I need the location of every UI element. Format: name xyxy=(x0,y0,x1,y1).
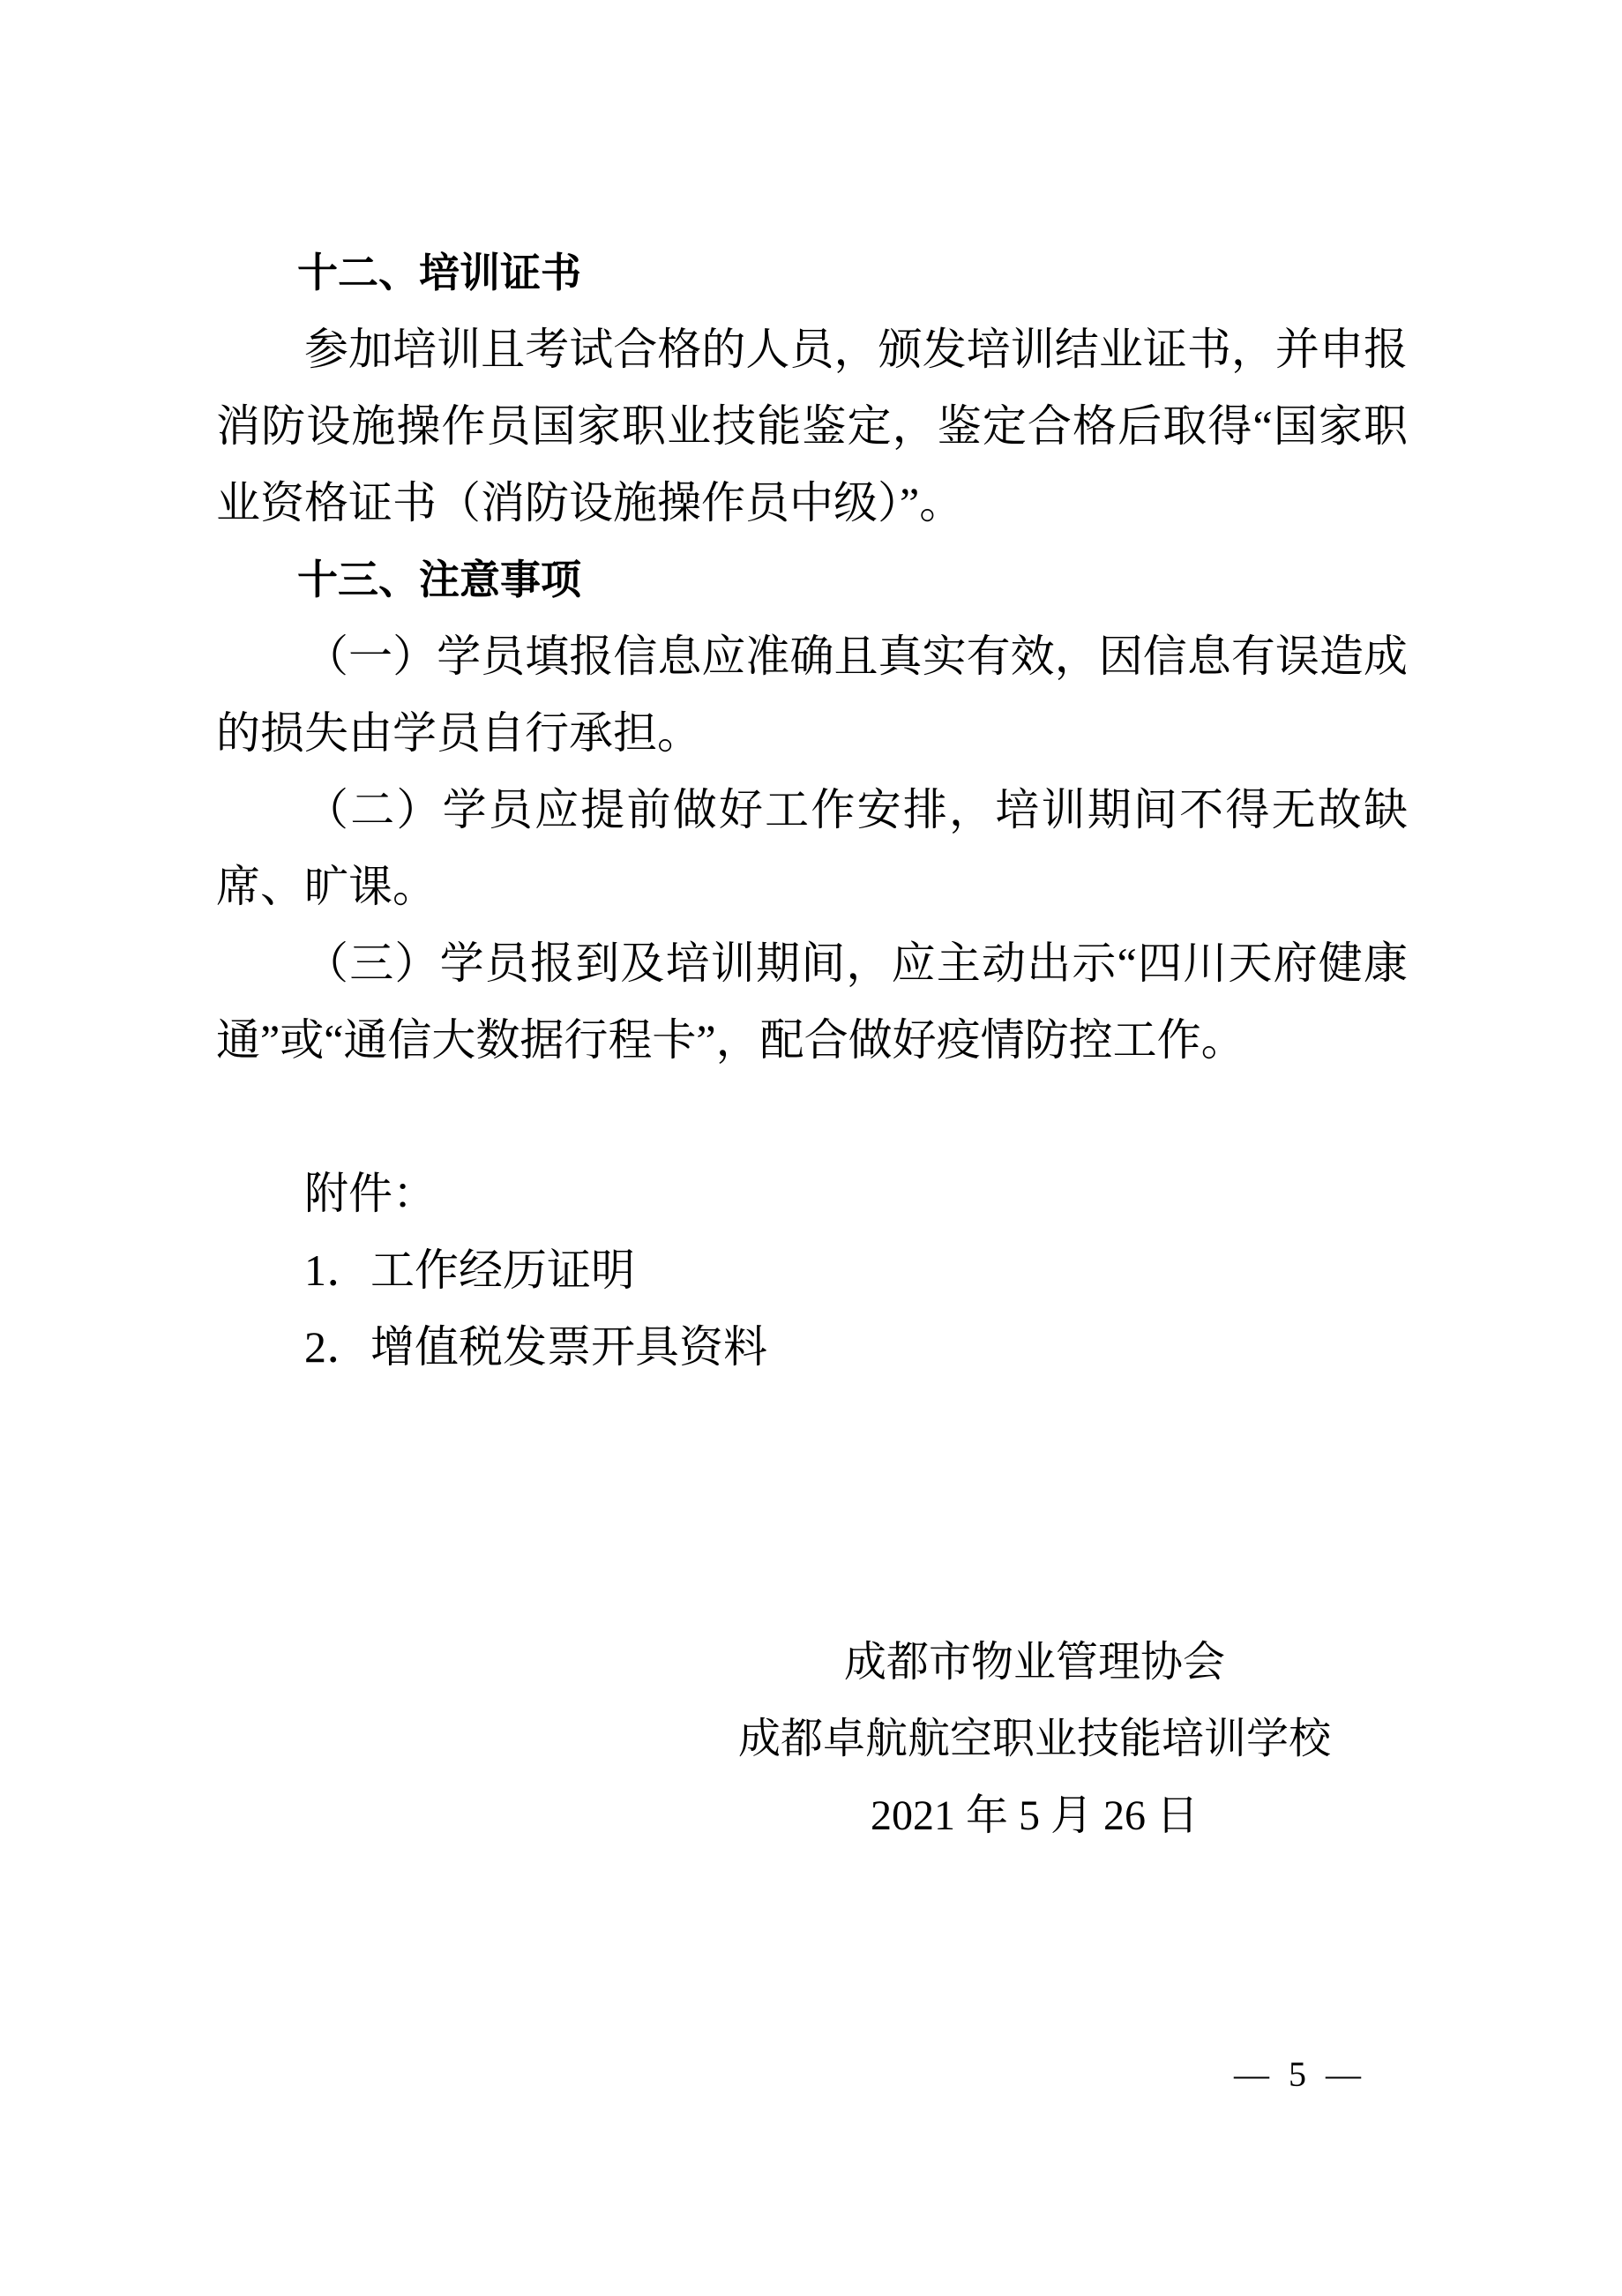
signature-org-2: 成都卓航航空职业技能培训学校 xyxy=(738,1701,1331,1777)
section-13-item-1: （一）学员填报信息应准确且真实有效，因信息有误造成的损失由学员自行承担。 xyxy=(216,618,1408,772)
document-page: 十二、培训证书 参加培训且考试合格的人员，颁发培训结业证书，并申报消防设施操作员… xyxy=(0,0,1622,2296)
attachments-block: 附件： 1．工作经历证明 2．增值税发票开具资料 xyxy=(216,1155,1408,1386)
section-heading-13: 十三、注意事项 xyxy=(216,542,1408,618)
signature-date: 2021 年 5 月 26 日 xyxy=(738,1777,1331,1854)
page-number: — 5 — xyxy=(1234,2055,1366,2094)
signature-block: 成都市物业管理协会 成都卓航航空职业技能培训学校 2021 年 5 月 26 日 xyxy=(738,1624,1331,1854)
section-13-item-3: （三）学员报到及培训期间，应主动出示“四川天府健康通”或“通信大数据行程卡”，配… xyxy=(216,925,1408,1079)
section-12-paragraph: 参加培训且考试合格的人员，颁发培训结业证书，并申报消防设施操作员国家职业技能鉴定… xyxy=(216,311,1408,542)
section-13-item-2: （二）学员应提前做好工作安排，培训期间不得无故缺席、旷课。 xyxy=(216,772,1408,925)
attachment-item-2: 2．增值税发票开具资料 xyxy=(216,1309,1408,1386)
section-heading-12: 十二、培训证书 xyxy=(216,235,1408,311)
attachment-item-1: 1．工作经历证明 xyxy=(216,1232,1408,1309)
attachments-label: 附件： xyxy=(216,1155,1408,1232)
signature-org-1: 成都市物业管理协会 xyxy=(738,1624,1331,1701)
document-body: 十二、培训证书 参加培训且考试合格的人员，颁发培训结业证书，并申报消防设施操作员… xyxy=(216,235,1408,1854)
